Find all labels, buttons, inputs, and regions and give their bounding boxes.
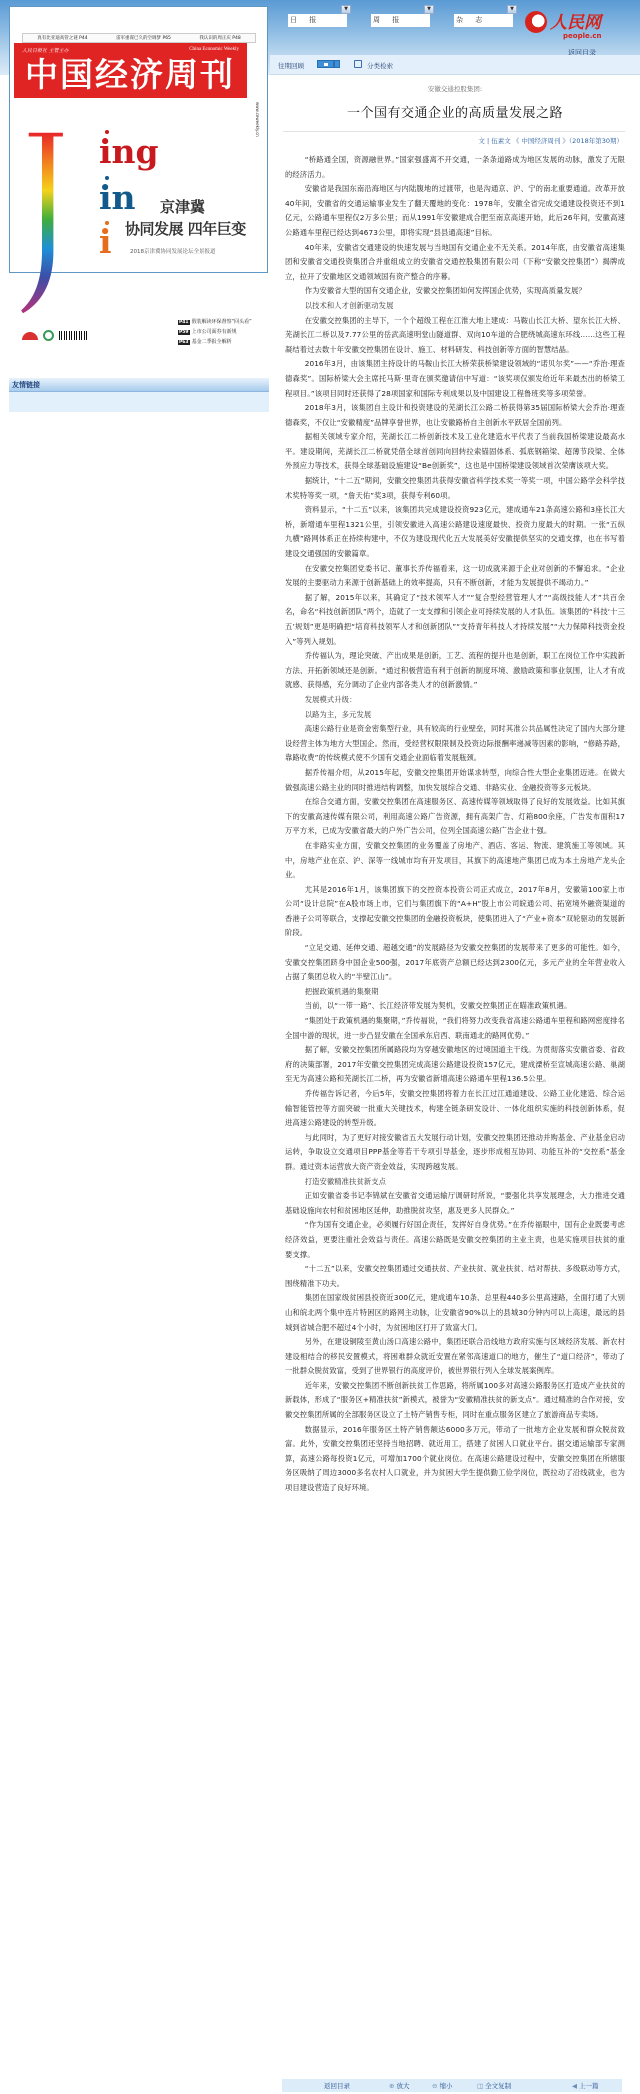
cover-url: www.ceweekly.cn	[255, 102, 260, 137]
article-paragraph: “集团处于政策机遇的集聚期，”乔传福说，“我们将努力改变我省高速公路通车里程和路…	[285, 1014, 625, 1043]
article-paragraph: “桥路通全国，资源融世界。”国家强盛离不开交通，一条条道路成为地区发展的动脉，激…	[285, 153, 625, 182]
article-paragraph: 在综合交通方面，安徽交控集团在高速服务区、高速传媒等领域取得了良好的发展效益。比…	[285, 795, 625, 839]
people-logo[interactable]: 人民网 people.cn 返回目录	[523, 8, 633, 58]
cover-title: 中国经济周刊	[20, 55, 240, 95]
article-paragraph: 乔传福认为，理论突破、产出成果是创新，工艺、流程的提升也是创新，职工在岗位工作中…	[285, 649, 625, 693]
article-paragraph: 尤其是2016年1月，该集团旗下的交控资本投资公司正式成立，2017年8月，安徽…	[285, 883, 625, 941]
cover-bottom-item: P63基金二季报全解析	[178, 338, 232, 345]
people-logo-url: people.cn	[563, 32, 602, 40]
people-logo-text: 人民网	[550, 8, 601, 33]
publication-selects: 日 报 ▼ 周 报 ▼ 杂 志 ▼	[288, 14, 513, 27]
cover-teaser: 真有比亚迪高管之谜 P44	[37, 35, 87, 41]
article-byline: 文 | 伍素文 《 中国经济周刊 》（2018年第30期）	[285, 136, 625, 146]
cover-english-title: China Economic Weekly	[189, 47, 239, 52]
cover-word-in: in	[99, 178, 136, 217]
article-title: 一个国有交通企业的高质量发展之路	[285, 105, 625, 123]
article-paragraph: 在安徽交控集团的主导下，一个个超级工程在江淮大地上建成：马鞍山长江大桥、望东长江…	[285, 314, 625, 358]
calendar-dropdown-button[interactable]	[334, 60, 340, 68]
divider	[283, 131, 625, 132]
article-paragraph: 正如安徽省委书记李锦斌在安徽省交通运输厅调研时所说，“要强化共享发展理念，大力推…	[285, 1189, 625, 1218]
search-icon[interactable]	[354, 60, 362, 68]
article-paragraph: 2018年3月，该集团自主设计和投资建设的芜湖长江公路二桥获得第35届国际桥梁大…	[285, 401, 625, 430]
article-paragraph: “作为国有交通企业，必须履行好国企责任，发挥好自身优势。”在乔传福眼中，国有企业…	[285, 1218, 625, 1262]
article-paragraph: 乔传福告诉记者，今后5年，安徽交控集团将着力在长江过江通道建设、公路工业化建造、…	[285, 1087, 625, 1131]
daily-select[interactable]: 日 报 ▼	[288, 14, 347, 27]
people-logo-icon	[525, 11, 547, 33]
cover-masthead[interactable]: 人民日报社 主管主办 China Economic Weekly 中国经济周刊	[14, 43, 247, 98]
previous-icon: ◀	[572, 2082, 577, 2090]
section-heading: 把握政策机遇的集聚期	[285, 985, 625, 1000]
cover-teaser: 我认识的周正庆 P48	[199, 35, 240, 41]
cover-word-i: i	[99, 222, 112, 261]
cover-headline: 京津冀	[160, 196, 205, 217]
article-paragraph: 安徽省是我国东南沿海地区与内陆腹地的过渡带，也是沟通京、沪、宁的南北重要通道。改…	[285, 182, 625, 240]
article-kicker: 安徽交通控股集团:	[285, 83, 625, 95]
zoom-out-button[interactable]: ⊖缩小	[432, 2081, 452, 2090]
article-paragraph: “十二五”以来，安徽交控集团通过交通扶贫、产业扶贫、就业扶贫、结对帮扶、多级联动…	[285, 1262, 625, 1291]
article-paragraph: 在非路实业方面，安徽交控集团的业务覆盖了房地产、酒店、客运、物流、建筑施工等领域…	[285, 839, 625, 883]
copy-icon: ◫	[477, 2082, 483, 2090]
section-heading: 以路为主，多元发展	[285, 708, 625, 723]
cover-subline: 2018京津冀协同发展论坛全景报道	[130, 247, 216, 255]
rainbow-j-icon	[12, 128, 72, 318]
weekly-select[interactable]: 周 报 ▼	[371, 14, 430, 27]
article-paragraph: 40年来，安徽省交通建设的快速发展与当地国有交通企业不无关系。2014年底，由安…	[285, 241, 625, 285]
zoom-out-icon: ⊖	[432, 2082, 437, 2090]
article-paragraph: 据相关领域专家介绍，芜湖长江二桥创新技术及工业化建造水平代表了当前我国桥梁建设最…	[285, 430, 625, 474]
article-paragraph: 据了解，安徽交控集团所属路段均为穿越安徽地区的过境国道主干线。为贯彻落实安徽省委…	[285, 1043, 625, 1087]
article-paragraph: 另外，在建设铜陵至黄山汤口高速公路中，集团还联合沿线地方政府实施与区域经济发展、…	[285, 1335, 625, 1379]
chevron-down-icon[interactable]: ▼	[507, 5, 517, 14]
article-paragraph: 据了解，2015年以来，其确定了“技术领军人才”“复合型经营管理人才”“高级技能…	[285, 591, 625, 649]
cover-headline-2: 协同发展 四年巨变	[125, 218, 246, 239]
cover-word-ing: ing	[99, 132, 159, 171]
magazine-select[interactable]: 杂 志 ▼	[454, 14, 513, 27]
back-to-toc-button[interactable]: 返回目录	[324, 2081, 350, 2090]
article-paragraph: 集团在国家级贫困县投资近300亿元，建成通车10条、总里程440多公里高速路，全…	[285, 1291, 625, 1335]
cover-logos	[22, 330, 122, 341]
article-paragraph: 资料显示，“十二五”以来，该集团共完成建设投资923亿元，建成通车21条高速公路…	[285, 503, 625, 561]
article-paragraph: 数据显示，2016年服务区土特产销售额达6000多万元，带动了一批地方企业发展和…	[285, 1423, 625, 1496]
chevron-down-icon[interactable]: ▼	[424, 5, 434, 14]
cover-bottom-item: P41假装解读环保督察“回头看”	[178, 318, 252, 325]
article-footer-bar: 返回目录 ⊕放大 ⊖缩小 ◫全文复制 ◀上一篇	[282, 2079, 622, 2092]
article-paragraph: 与此同时，为了更好对接安徽省五大发展行动计划，安徽交控集团还推动并购基金、产业基…	[285, 1131, 625, 1175]
previous-article-button[interactable]: ◀上一篇	[572, 2081, 599, 2090]
friendly-links-panel: 友情链接	[9, 378, 269, 412]
cover-teasers: 真有比亚迪高管之谜 P44 雷军重谋已久的空调梦 P65 我认识的周正庆 P48	[22, 33, 256, 43]
category-search-link[interactable]: 分类检索	[367, 61, 393, 70]
calendar-icon[interactable]	[317, 60, 334, 68]
zoom-in-button[interactable]: ⊕放大	[389, 2081, 409, 2090]
barcode-icon	[59, 331, 87, 340]
cover-teaser: 雷军重谋已久的空调梦 P65	[116, 35, 171, 41]
article: 安徽交通控股集团: 一个国有交通企业的高质量发展之路 文 | 伍素文 《 中国经…	[285, 83, 625, 1496]
article-paragraph: “立足交通、延伸交通、超越交通”的发展路径为安徽交控集团的发展带来了更多的可能性…	[285, 941, 625, 985]
article-paragraph: 据统计，“十二五”期间，安徽交控集团共获得安徽省科学技术奖一等奖一项，中国公路学…	[285, 474, 625, 503]
article-body: “桥路通全国，资源融世界。”国家强盛离不开交通，一条条道路成为地区发展的动脉，激…	[285, 153, 625, 1496]
chevron-down-icon[interactable]: ▼	[341, 5, 351, 14]
article-paragraph: 在安徽交控集团党委书记、董事长乔传福看来，这一切成就来源于企业对创新的不懈追求。…	[285, 562, 625, 591]
green-seal-icon	[43, 330, 54, 341]
copy-all-button[interactable]: ◫全文复制	[477, 2081, 511, 2090]
publisher-logo-icon	[22, 332, 38, 340]
past-issues-label: 往期回顾	[278, 61, 304, 70]
article-paragraph: 高速公路行业是资金密集型行业，具有较高的行业壁垒，同时其准公共品属性决定了国内大…	[285, 722, 625, 766]
section-heading: 发展模式升级：	[285, 693, 625, 708]
toolbar: 往期回顾 分类检索	[270, 55, 640, 75]
article-paragraph: 据乔传福介绍，从2015年起，安徽交控集团开始谋求转型，向综合性大型企业集团迈进…	[285, 766, 625, 795]
article-paragraph: 近年来，安徽交控集团不断创新扶贫工作思路，将所属100多对高速公路服务区打造成产…	[285, 1379, 625, 1423]
zoom-in-icon: ⊕	[389, 2082, 394, 2090]
section-heading: 打造安徽精准扶贫新支点	[285, 1175, 625, 1190]
article-paragraph: 作为安徽省大型的国有交通企业，安徽交控集团如何发挥国企优势，实现高质量发展？	[285, 284, 625, 299]
cover-publisher: 人民日报社 主管主办	[22, 47, 69, 54]
friendly-links-header: 友情链接	[9, 378, 269, 392]
article-paragraph: 2016年3月，由该集团主持设计的马鞍山长江大桥荣获桥梁建设领域的“诺贝尔奖”—…	[285, 357, 625, 401]
section-heading: 以技术和人才创新驱动发展	[285, 299, 625, 314]
article-paragraph: 当前，以“一带一路”、长江经济带发展为契机，安徽交控集团正在瞄准政策机遇。	[285, 999, 625, 1014]
cover-bottom-item: P59上市公司面券有新规	[178, 328, 237, 335]
